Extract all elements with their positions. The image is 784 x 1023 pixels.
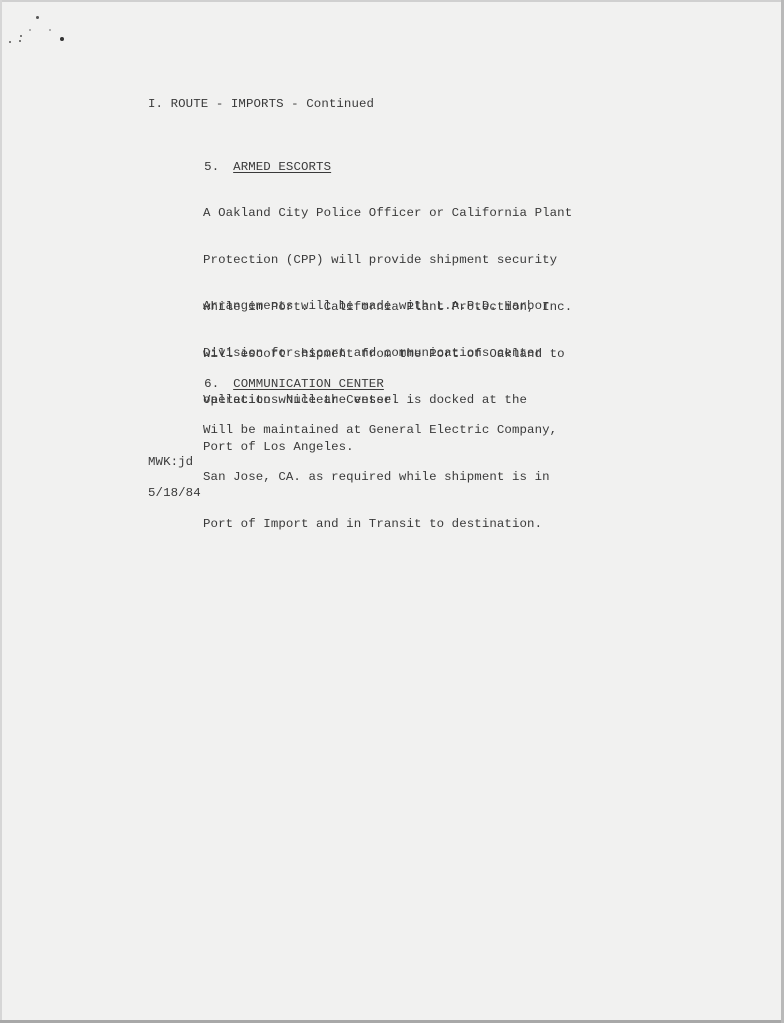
document-date: 5/18/84 [148,486,201,502]
scan-speck [9,41,11,43]
text-line: Will be maintained at General Electric C… [203,423,557,439]
section-number: 6. [204,377,233,393]
scan-speck [49,29,51,31]
scan-speck [29,29,31,31]
scan-speck [19,40,21,42]
text-line: Arrangements will be made with L.A.P.D. … [203,299,550,315]
document-heading: I. ROUTE - IMPORTS - Continued [148,97,374,113]
document-page: I. ROUTE - IMPORTS - Continued 5.ARMED E… [0,0,784,1023]
section-6-paragraph-1: Will be maintained at General Electric C… [203,392,557,564]
text-line: Port of Import and in Transit to destina… [203,517,557,533]
text-line: Protection (CPP) will provide shipment s… [203,253,572,269]
section-title: COMMUNICATION CENTER [233,377,384,391]
text-line: San Jose, CA. as required while shipment… [203,470,557,486]
author-initials: MWK:jd [148,455,193,471]
scan-speck [60,37,64,41]
section-title: ARMED ESCORTS [233,160,331,174]
text-line: A Oakland City Police Officer or Califor… [203,206,572,222]
scan-speck [36,16,39,19]
scan-speck [20,35,22,37]
section-number: 5. [204,160,233,176]
text-line: Division for escort and communications c… [203,346,550,362]
